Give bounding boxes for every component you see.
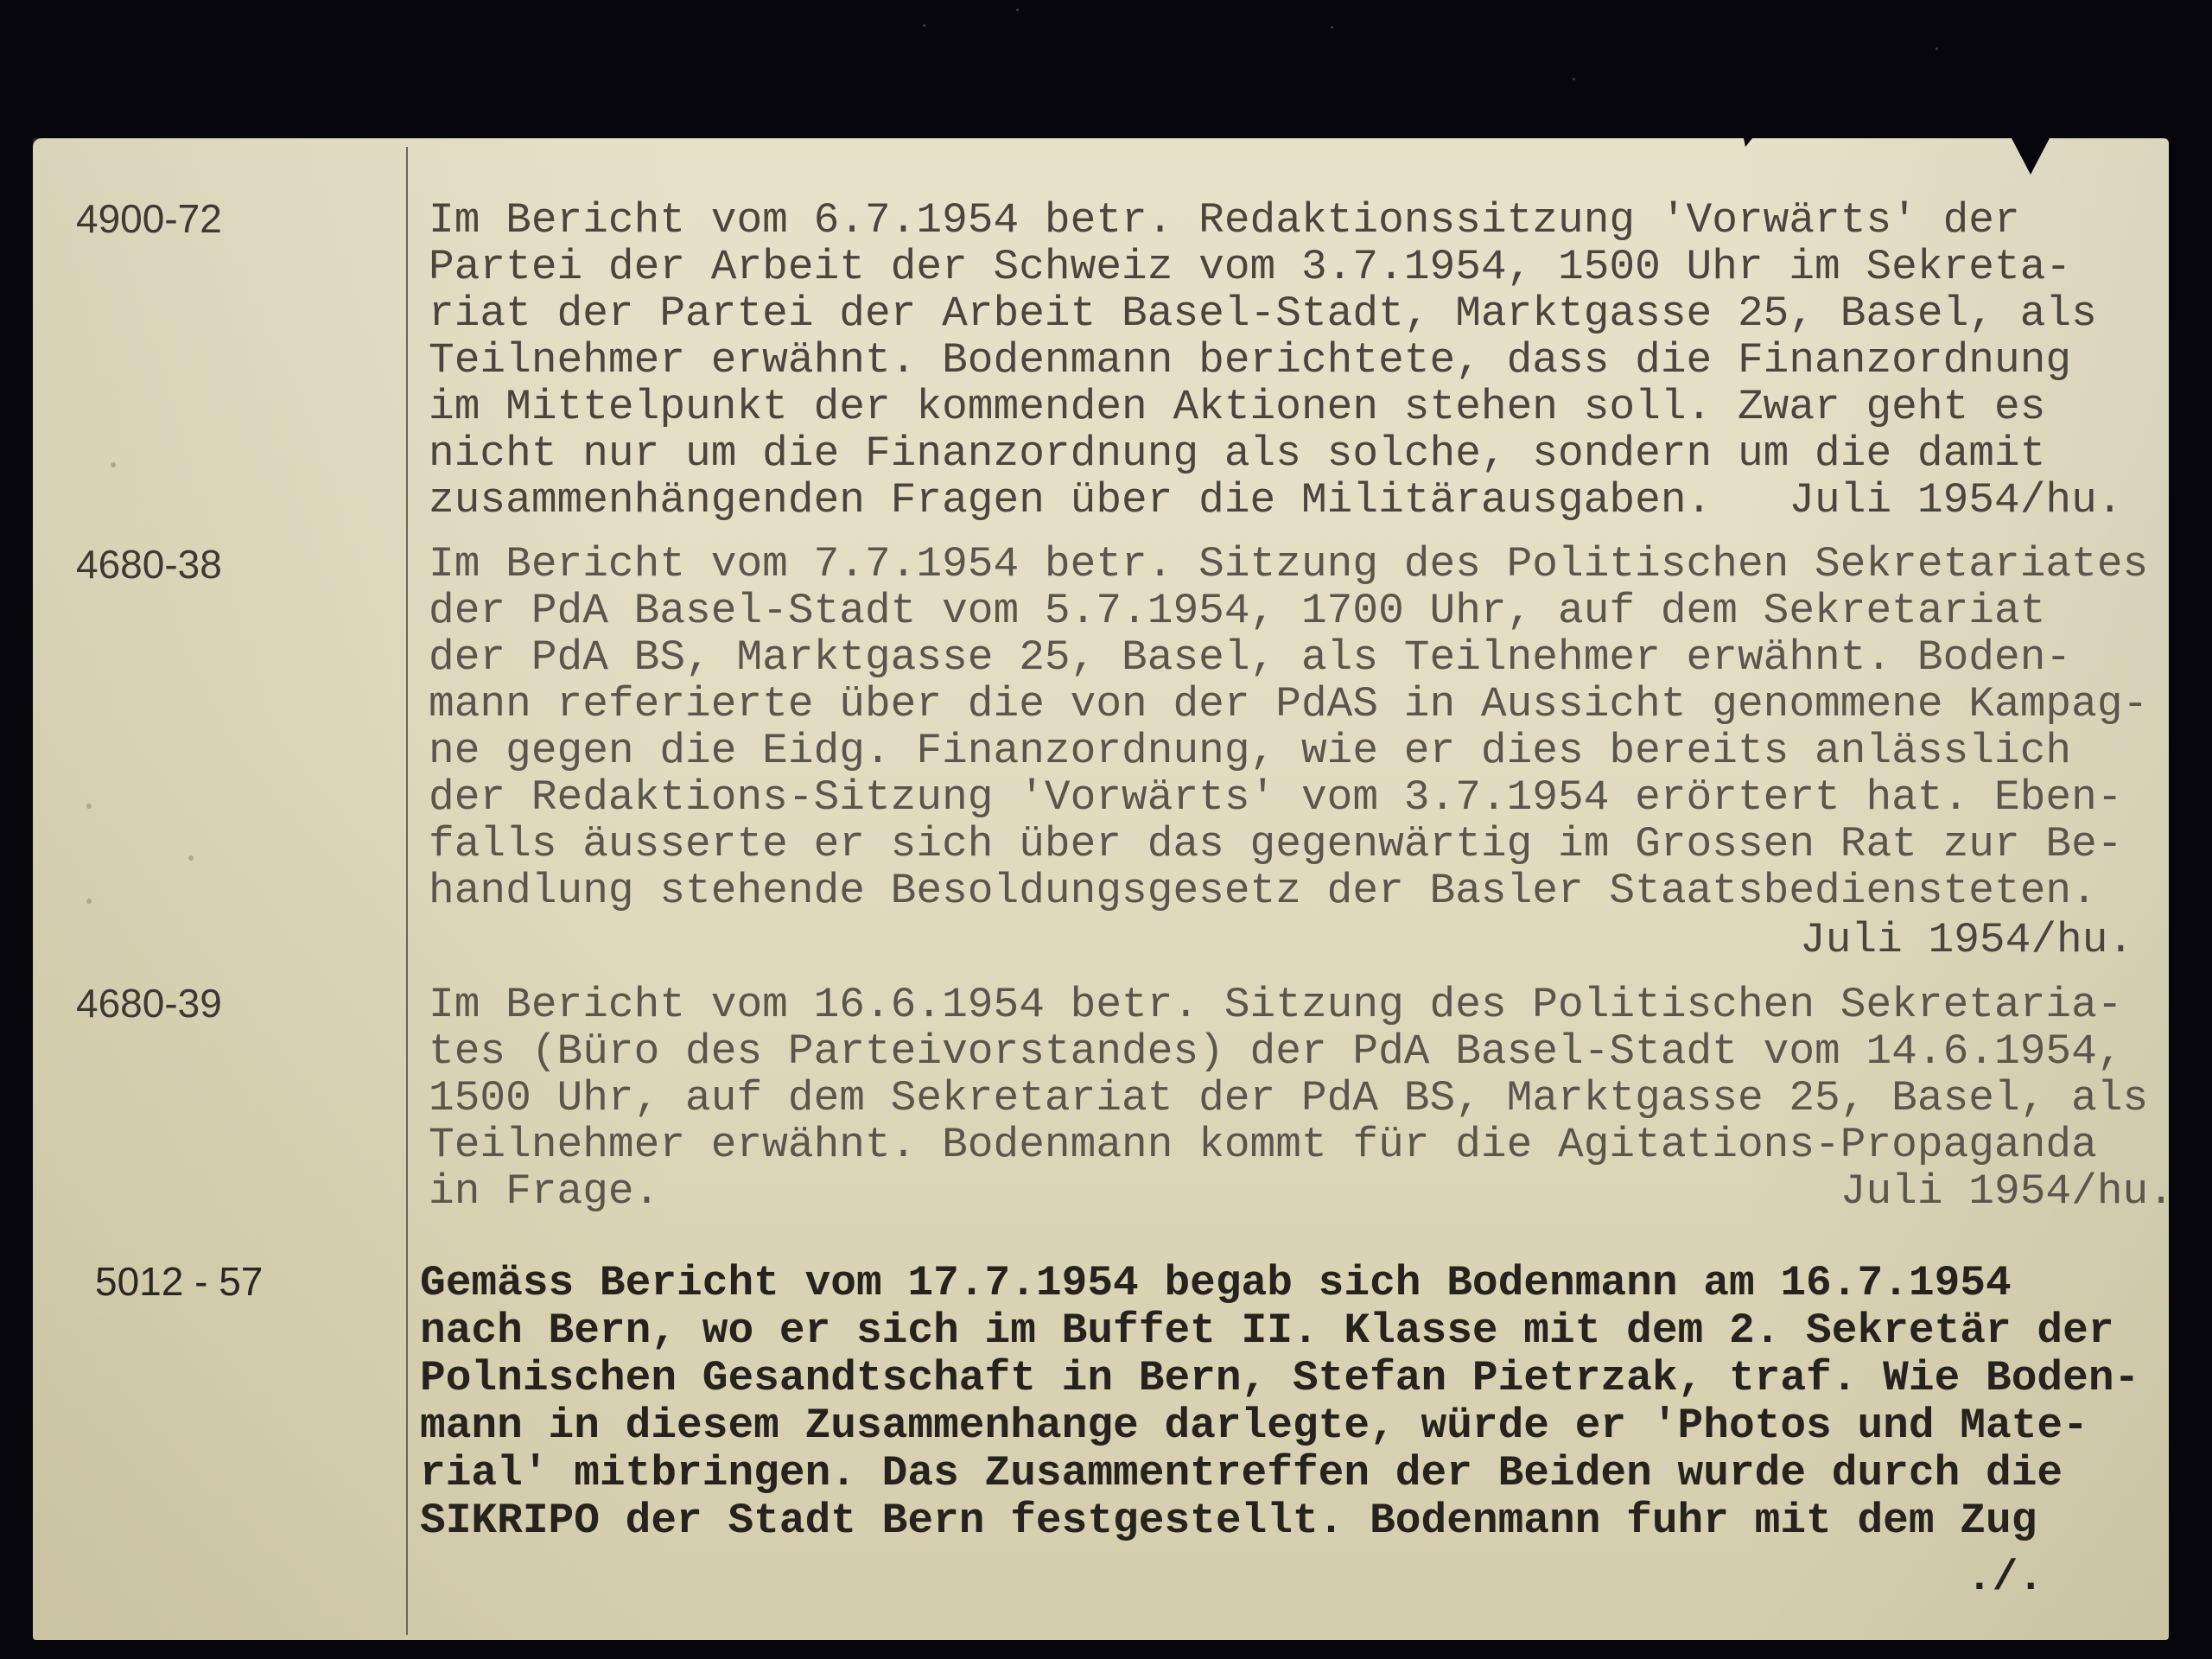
dust-speck (1016, 9, 1019, 11)
entry-text: Im Bericht vom 7.7.1954 betr. Sitzung de… (429, 541, 2148, 914)
text-line: Im Bericht vom 6.7.1954 betr. Redaktions… (429, 197, 2123, 244)
dust-speck (1331, 26, 1333, 29)
text-line: ne gegen die Eidg. Finanzordnung, wie er… (429, 728, 2148, 774)
text-line: nicht nur um die Finanzordnung als solch… (429, 430, 2123, 477)
text-line: in Frage. Juli 1954/hu. (429, 1168, 2174, 1215)
reference-number: 5012 - 57 (95, 1258, 263, 1305)
entry-text: Gemäss Bericht vom 17.7.1954 begab sich … (420, 1260, 2139, 1545)
paper-blemish (86, 899, 92, 904)
text-line: mann referierte über die von der PdAS in… (429, 681, 2148, 728)
paper-blemish (111, 462, 116, 467)
text-line: der PdA BS, Marktgasse 25, Basel, als Te… (429, 634, 2148, 681)
text-line: Teilnehmer erwähnt. Bodenmann berichtete… (429, 337, 2123, 384)
text-line: zusammenhängenden Fragen über die Militä… (429, 477, 2123, 524)
text-line: Im Bericht vom 7.7.1954 betr. Sitzung de… (429, 541, 2148, 588)
text-line: mann in diesem Zusammenhange darlegte, w… (420, 1402, 2139, 1450)
text-line: Partei der Arbeit der Schweiz vom 3.7.19… (429, 244, 2123, 290)
reference-number: 4900-72 (76, 195, 222, 242)
text-line: 1500 Uhr, auf dem Sekretariat der PdA BS… (429, 1075, 2174, 1122)
entry-text: Im Bericht vom 16.6.1954 betr. Sitzung d… (429, 982, 2174, 1215)
text-line: der PdA Basel-Stadt vom 5.7.1954, 1700 U… (429, 588, 2148, 634)
text-line: der Redaktions-Sitzung 'Vorwärts' vom 3.… (429, 774, 2148, 821)
dust-speck (1935, 48, 1938, 50)
text-line: Polnischen Gesandtschaft in Bern, Stefan… (420, 1355, 2139, 1402)
text-line: Teilnehmer erwähnt. Bodenmann kommt für … (429, 1122, 2174, 1168)
index-card: 4900-72 Im Bericht vom 6.7.1954 betr. Re… (33, 138, 2169, 1640)
text-line: Gemäss Bericht vom 17.7.1954 begab sich … (420, 1260, 2139, 1307)
text-line: nach Bern, wo er sich im Buffet II. Klas… (420, 1307, 2139, 1355)
text-line: rial' mitbringen. Das Zusammentreffen de… (420, 1450, 2139, 1497)
paper-blemish (86, 804, 92, 809)
text-line: riat der Partei der Arbeit Basel-Stadt, … (429, 290, 2123, 337)
reference-number: 4680-38 (76, 541, 222, 588)
text-line: Im Bericht vom 16.6.1954 betr. Sitzung d… (429, 982, 2174, 1028)
reference-number: 4680-39 (76, 980, 222, 1027)
text-line: tes (Büro des Parteivorstandes) der PdA … (429, 1028, 2174, 1075)
text-line: im Mittelpunkt der kommenden Aktionen st… (429, 384, 2123, 430)
dust-speck (1573, 78, 1575, 80)
text-line: SIKRIPO der Stadt Bern festgestellt. Bod… (420, 1497, 2139, 1545)
signoff-date: Juli 1954/hu. (1800, 916, 2133, 964)
entry-text: Im Bericht vom 6.7.1954 betr. Redaktions… (429, 197, 2123, 524)
text-line: handlung stehende Besoldungsgesetz der B… (429, 868, 2148, 914)
continuation-mark: ./. (1967, 1554, 2044, 1602)
column-divider (406, 147, 408, 1635)
paper-blemish (188, 855, 194, 861)
dust-speck (923, 24, 925, 27)
text-line: falls äusserte er sich über das gegenwär… (429, 821, 2148, 868)
